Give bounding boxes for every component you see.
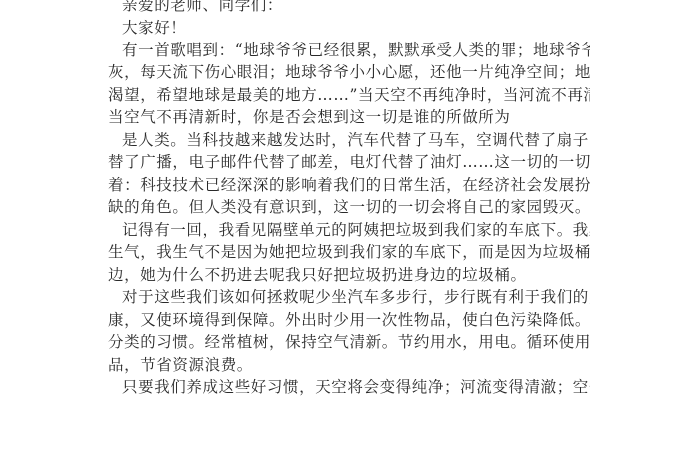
salutation-line: 亲爱的老师、同学们：: [122, 0, 590, 14]
paragraph-line: 生气，我生气不是因为她把垃圾到我们家的车底下，而是因为垃圾桶就在旁: [108, 243, 590, 261]
paragraph-line: 边，她为什么不扔进去呢我只好把垃圾扔进身边的垃圾桶。: [108, 266, 590, 284]
paragraph-line: 有一首歌唱到：“地球爷爷已经很累，默默承受人类的罪；地球爷爷意冷心: [122, 41, 590, 59]
greeting-line: 大家好！: [122, 19, 590, 37]
document-page: 亲爱的老师、同学们： 大家好！ 有一首歌唱到：“地球爷爷已经很累，默默承受人类的…: [0, 0, 700, 470]
paragraph-line: 是人类。当科技越来越发达时，汽车代替了马车，空调代替了扇子，电视代: [122, 131, 590, 149]
paragraph-line: 康，又使环境得到保障。外出时少用一次性物品，使白色污染降低。养成垃圾: [108, 311, 590, 329]
paragraph-line: 品，节省资源浪费。: [108, 356, 590, 374]
paragraph-line: 着：科技技术已经深深的影响着我们的日常生活，在经济社会发展扮演不可或: [108, 176, 590, 194]
paragraph-line: 当空气不再清新时，你是否会想到这一切是谁的所做所为: [108, 108, 590, 126]
paragraph-line: 缺的角色。但人类没有意识到，这一切的一切会将自己的家园毁灭。: [108, 198, 590, 216]
paragraph-line: 分类的习惯。经常植树，保持空气清新。节约用水，用电。循环使用废弃物: [108, 333, 590, 351]
paragraph-line: 灰，每天流下伤心眼泪；地球爷爷小小心愿，还他一片纯净空间；地球爷爷深深: [108, 63, 590, 81]
paragraph-line: 替了广播，电子邮件代替了邮差，电灯代替了油灯……这一切的一切都表示: [108, 153, 590, 171]
paragraph-line: 记得有一回，我看见隔壁单元的阿姨把垃圾到我们家的车底下。我感到十分: [122, 221, 590, 239]
paragraph-line: 渴望，希望地球是最美的地方……”当天空不再纯净时，当河流不再清澈时，: [108, 86, 590, 104]
paragraph-line: 只要我们养成这些好习惯，天空将会变得纯净；河流变得清澈；空气变得清新，: [122, 378, 590, 396]
paragraph-line: 对于这些我们该如何拯救呢少坐汽车多步行，步行既有利于我们的身心健: [122, 288, 590, 306]
